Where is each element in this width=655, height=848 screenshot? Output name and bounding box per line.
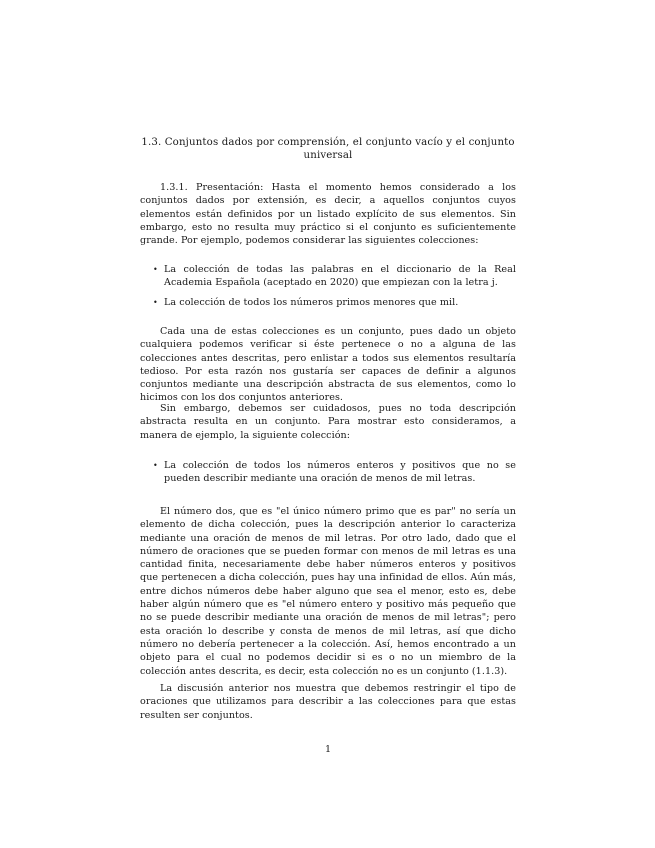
list-item: • La colección de todos los números ente… [140,459,516,486]
collections-list-2: • La colección de todos los números ente… [140,459,516,492]
paragraph-5: La discusión anterior nos muestra que de… [140,682,516,722]
list-item: • La colección de todos los números prim… [140,296,516,309]
bullet-icon: • [153,263,158,276]
section-title: 1.3. Conjuntos dados por comprensión, el… [140,136,516,163]
list-item-text: La colección de todas las palabras en el… [164,264,516,288]
intro-paragraph: 1.3.1. Presentación: Hasta el momento he… [140,181,516,247]
bullet-icon: • [153,296,158,309]
paragraph-3: Sin embargo, debemos ser cuidadosos, pue… [140,402,516,442]
page-number: 1 [140,744,516,755]
list-item-text: La colección de todos los números primos… [164,297,458,308]
paragraph-4: El número dos, que es "el único número p… [140,505,516,678]
paragraph-2: Cada una de estas colecciones es un conj… [140,325,516,405]
collections-list-1: • La colección de todas las palabras en … [140,263,516,315]
bullet-icon: • [153,459,158,472]
subsection-heading: 1.3.1. Presentación: [160,182,263,193]
list-item: • La colección de todas las palabras en … [140,263,516,290]
list-item-text: La colección de todos los números entero… [164,460,516,484]
